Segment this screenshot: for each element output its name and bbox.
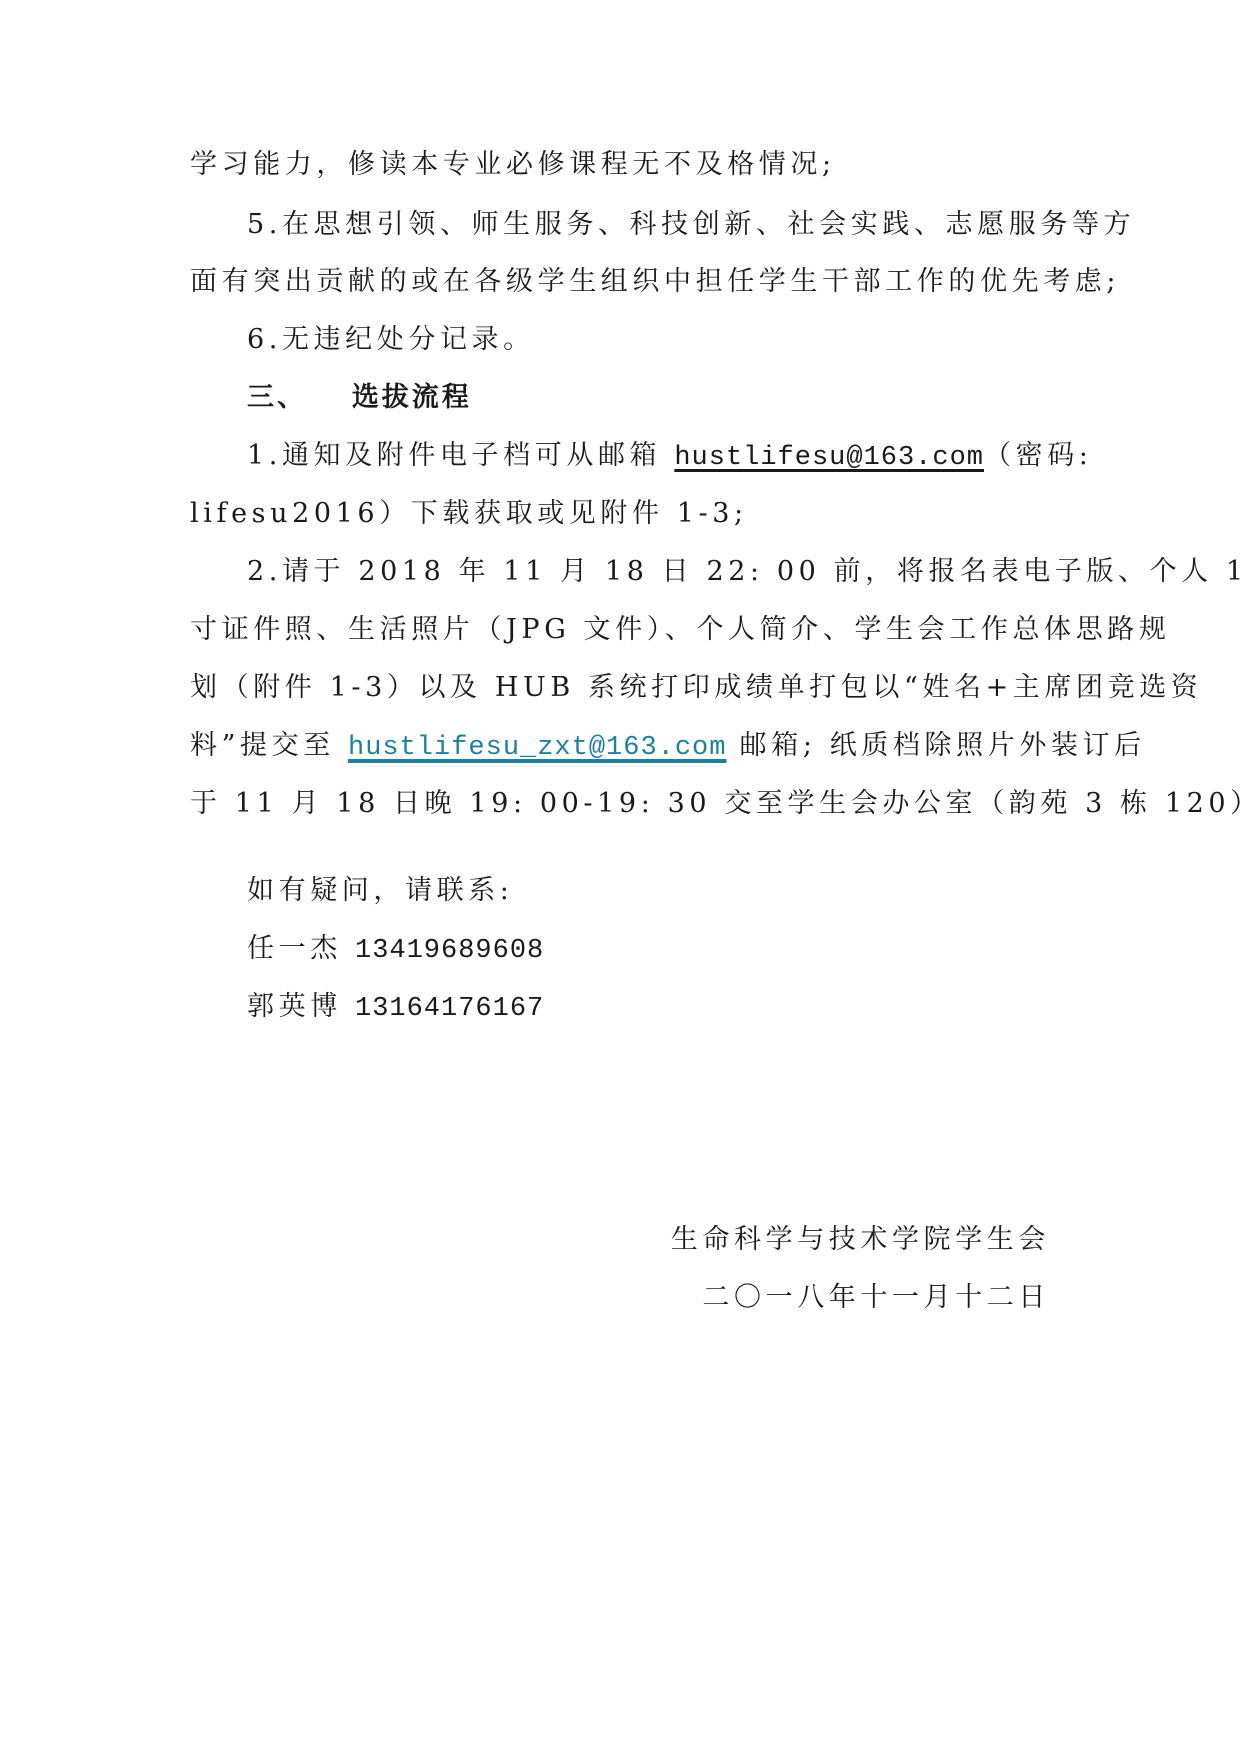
step-2-line-5: 于 11 月 18 日晚 19: 00-19: 30 交至学生会办公室（韵苑 3… — [190, 787, 1050, 821]
email-link-hustlifesu-zxt[interactable]: hustlifesu_zxt@163.com — [348, 733, 726, 763]
contact-phone[interactable]: 13164176167 — [355, 994, 544, 1024]
signature-date: 二〇一八年十一月十二日 — [702, 1281, 1050, 1315]
contact-name: 任一杰 — [247, 933, 342, 964]
step-2-line-4-prefix: 料”提交至 — [190, 730, 348, 761]
step-2-line-4: 料”提交至 hustlifesu_zxt@163.com 邮箱; 纸质档除照片外… — [190, 729, 1050, 765]
step-2-line-1: 2.请于 2018 年 11 月 18 日 22: 00 前，将报名表电子版、个… — [247, 555, 1050, 589]
section-3-title: 选拔流程 — [352, 382, 472, 413]
signature-organization: 生命科学与技术学院学生会 — [671, 1223, 1050, 1257]
item-5-line-1: 5.在思想引领、师生服务、科技创新、社会实践、志愿服务等方 — [247, 208, 1050, 242]
contact-person-1: 任一杰 13419689608 — [247, 932, 1107, 968]
item-5-line-2: 面有突出贡献的或在各级学生组织中担任学生干部工作的优先考虑; — [190, 265, 1050, 299]
item-6: 6.无违纪处分记录。 — [247, 323, 1107, 357]
section-3-number: 三、 — [247, 382, 307, 413]
contact-name: 郭英博 — [247, 991, 342, 1022]
contact-phone[interactable]: 13419689608 — [355, 936, 544, 966]
contact-intro: 如有疑问，请联系: — [247, 874, 1107, 908]
step-1-prefix: 1.通知及附件电子档可从邮箱 — [247, 440, 674, 471]
continuation-line: 学习能力，修读本专业必修课程无不及格情况; — [190, 148, 710, 182]
contact-person-2: 郭英博 13164176167 — [247, 990, 1107, 1026]
step-1-line-1: 1.通知及附件电子档可从邮箱 hustlifesu@163.com（密码: — [247, 439, 1107, 475]
email-link-hustlifesu[interactable]: hustlifesu@163.com — [674, 443, 984, 473]
step-1-suffix: （密码: — [984, 440, 1093, 471]
step-2-line-2: 寸证件照、生活照片（JPG 文件）、个人简介、学生会工作总体思路规 — [190, 613, 1050, 647]
step-1-line-2: lifesu2016）下载获取或见附件 1-3; — [190, 497, 1050, 531]
step-2-line-4-suffix: 邮箱; 纸质档除照片外装订后 — [726, 730, 1145, 761]
document-page: 学习能力，修读本专业必修课程无不及格情况; 5.在思想引领、师生服务、科技创新、… — [0, 0, 1240, 1754]
step-2-line-3: 划（附件 1-3）以及 HUB 系统打印成绩单打包以“姓名+主席团竞选资 — [190, 671, 1050, 705]
section-3-heading: 三、 选拔流程 — [247, 381, 1107, 415]
